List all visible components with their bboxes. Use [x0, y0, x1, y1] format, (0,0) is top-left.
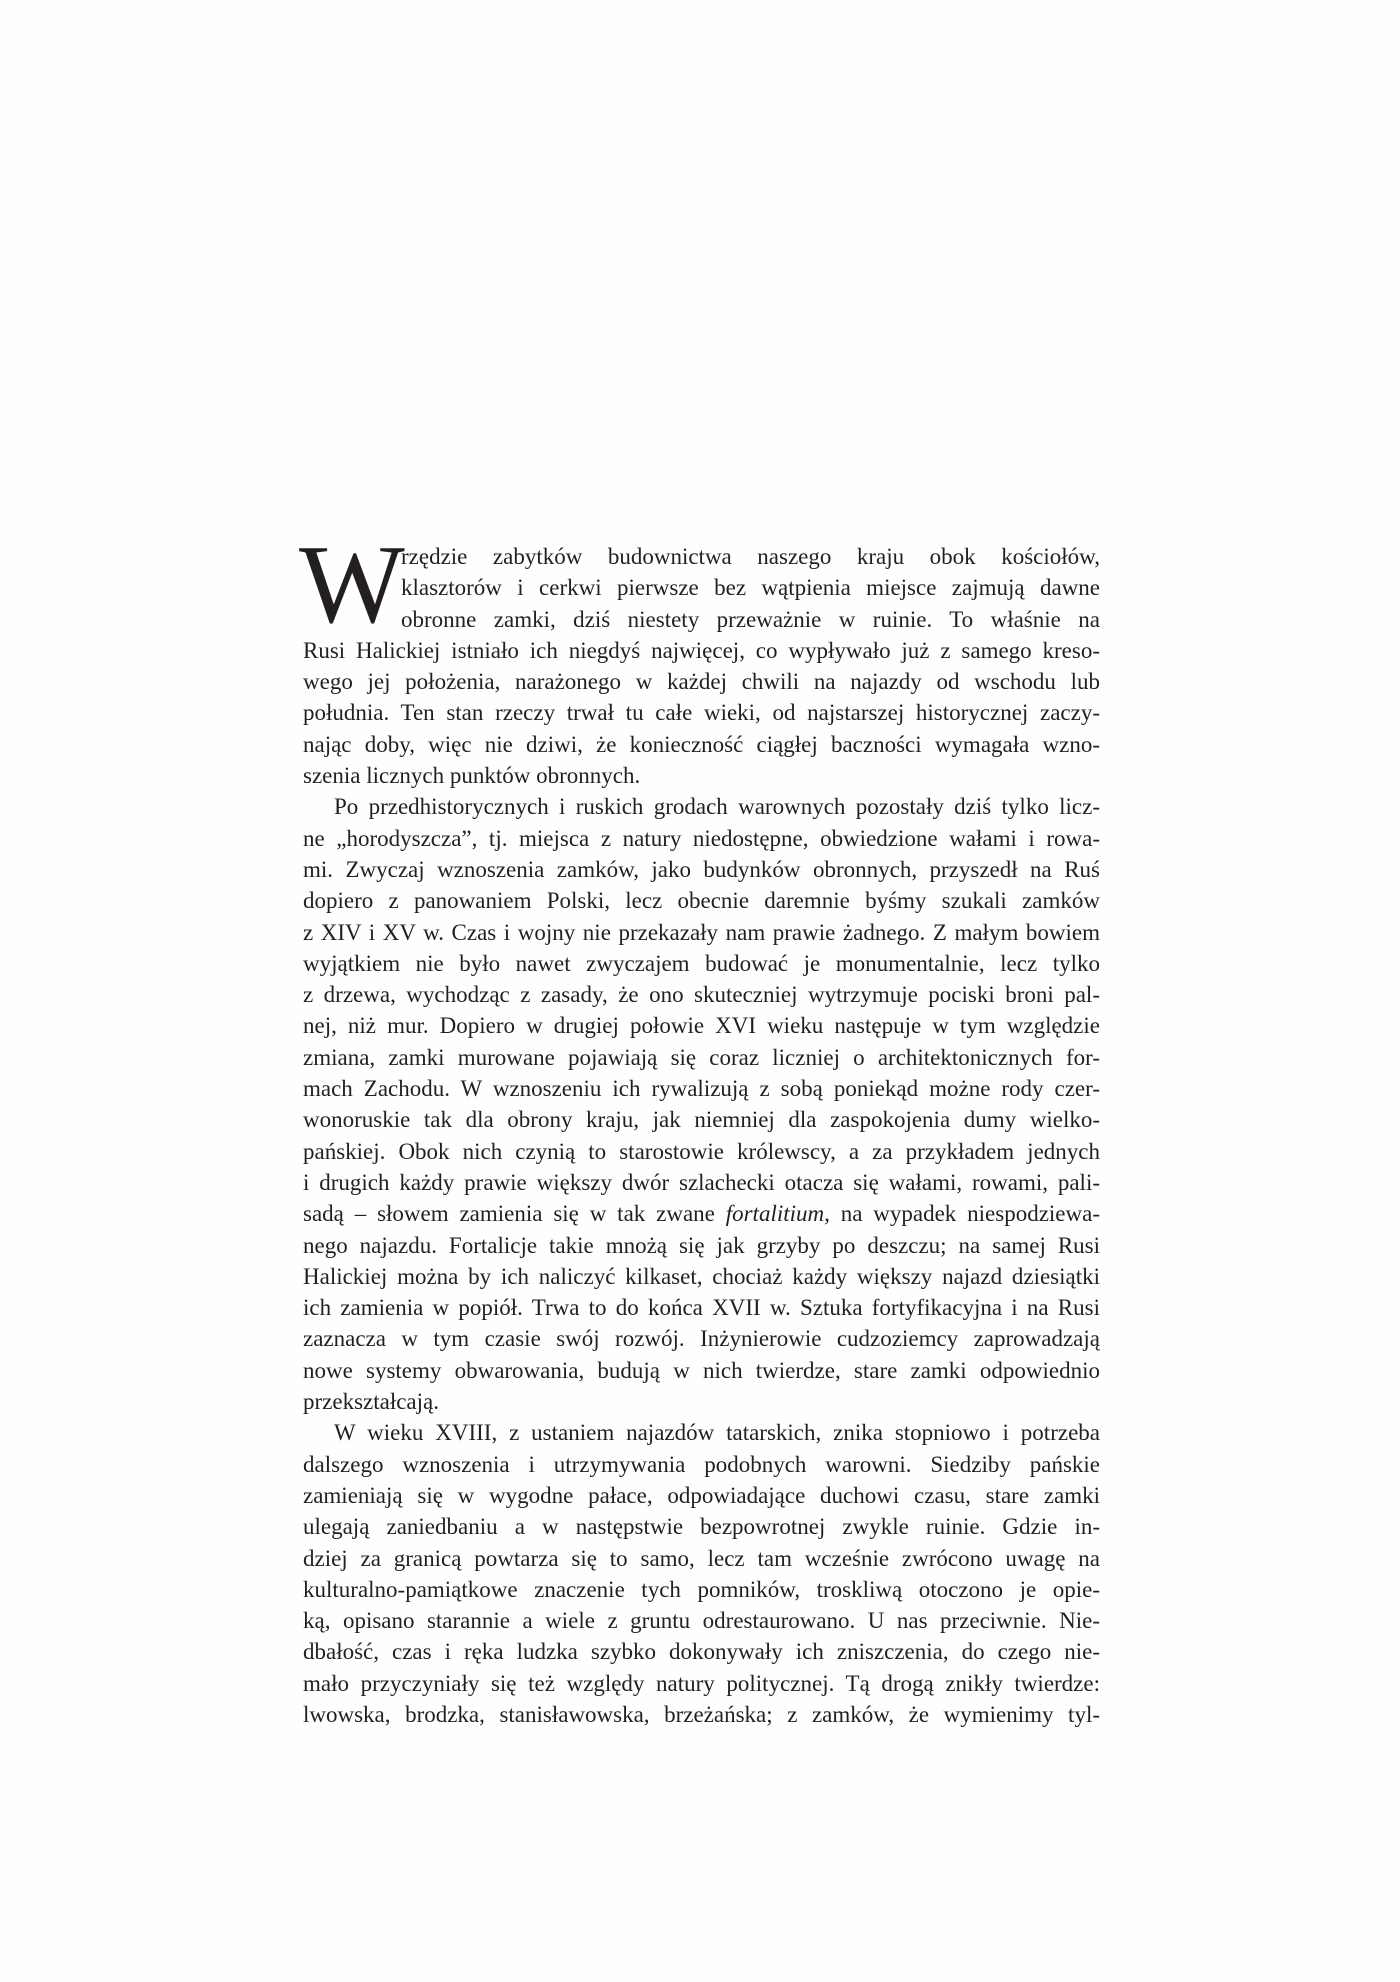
text-line: rzędzie zabytków budownictwa naszego kra… [303, 541, 1100, 572]
text-line: ulegają zaniedbaniu a w następstwie bezp… [303, 1511, 1100, 1542]
text-line: nego najazdu. Fortalicje takie mnożą się… [303, 1230, 1100, 1261]
text-line: ich zamienia w popiół. Trwa to do końca … [303, 1292, 1100, 1323]
text-line: ką, opisano starannie a wiele z gruntu o… [303, 1605, 1100, 1636]
text-line-with-italic: sadą – słowem zamienia się w tak zwane f… [303, 1198, 1100, 1229]
text-line: z XIV i XV w. Czas i wojny nie przekazał… [303, 917, 1100, 948]
text-line: nej, niż mur. Dopiero w drugiej połowie … [303, 1010, 1100, 1041]
italic-term: fortalitium, [726, 1201, 830, 1226]
text-line: dopiero z panowaniem Polski, lecz obecni… [303, 885, 1100, 916]
text-line: dbałość, czas i ręka ludzka szybko dokon… [303, 1636, 1100, 1667]
text-line: wonoruskie tak dla obrony kraju, jak nie… [303, 1104, 1100, 1135]
text-line: szenia licznych punktów obronnych. [303, 760, 1100, 791]
text-line: wego jej położenia, narażonego w każdej … [303, 666, 1100, 697]
body-text: W rzędzie zabytków budownictwa naszego k… [303, 541, 1100, 1730]
text-line: Rusi Halickiej istniało ich niegdyś najw… [303, 635, 1100, 666]
text-line: wyjątkiem nie było nawet zwyczajem budow… [303, 948, 1100, 979]
text-line: Halickiej można by ich naliczyć kilkaset… [303, 1261, 1100, 1292]
text-line: kulturalno-pamiątkowe znaczenie tych pom… [303, 1574, 1100, 1605]
text-line: przekształcają. [303, 1386, 1100, 1417]
text-line: mi. Zwyczaj wznoszenia zamków, jako budy… [303, 854, 1100, 885]
text-segment: sadą – słowem zamienia się w tak zwane [303, 1201, 726, 1226]
text-line: obronne zamki, dziś niestety przeważnie … [303, 604, 1100, 635]
text-line: mało przyczyniały się też względy natury… [303, 1668, 1100, 1699]
text-line: nowe systemy obwarowania, budują w nich … [303, 1355, 1100, 1386]
text-segment: na wypadek niespodziewa- [830, 1201, 1100, 1226]
text-line: mach Zachodu. W wznoszeniu ich rywalizuj… [303, 1073, 1100, 1104]
text-line: pańskiej. Obok nich czynią to starostowi… [303, 1136, 1100, 1167]
text-line: W wieku XVIII, z ustaniem najazdów tatar… [303, 1417, 1100, 1448]
text-line: nając doby, więc nie dziwi, że konieczno… [303, 729, 1100, 760]
text-line: dalszego wznoszenia i utrzymywania podob… [303, 1449, 1100, 1480]
text-line: zamieniają się w wygodne pałace, odpowia… [303, 1480, 1100, 1511]
text-line: dziej za granicą powtarza się to samo, l… [303, 1543, 1100, 1574]
text-line: zaznacza w tym czasie swój rozwój. Inżyn… [303, 1323, 1100, 1354]
text-line: i drugich każdy prawie większy dwór szla… [303, 1167, 1100, 1198]
text-line: klasztorów i cerkwi pierwsze bez wątpien… [303, 572, 1100, 603]
text-line: Po przedhistorycznych i ruskich grodach … [303, 791, 1100, 822]
text-line: z drzewa, wychodząc z zasady, że ono sku… [303, 979, 1100, 1010]
book-page: W rzędzie zabytków budownictwa naszego k… [0, 0, 1400, 1982]
drop-cap: W [299, 535, 405, 635]
text-line: południa. Ten stan rzeczy trwał tu całe … [303, 697, 1100, 728]
text-line: zmiana, zamki murowane pojawiają się cor… [303, 1042, 1100, 1073]
text-line: ne „horodyszcza”, tj. miejsca z natury n… [303, 823, 1100, 854]
text-line: lwowska, brodzka, stanisławowska, brzeża… [303, 1699, 1100, 1730]
